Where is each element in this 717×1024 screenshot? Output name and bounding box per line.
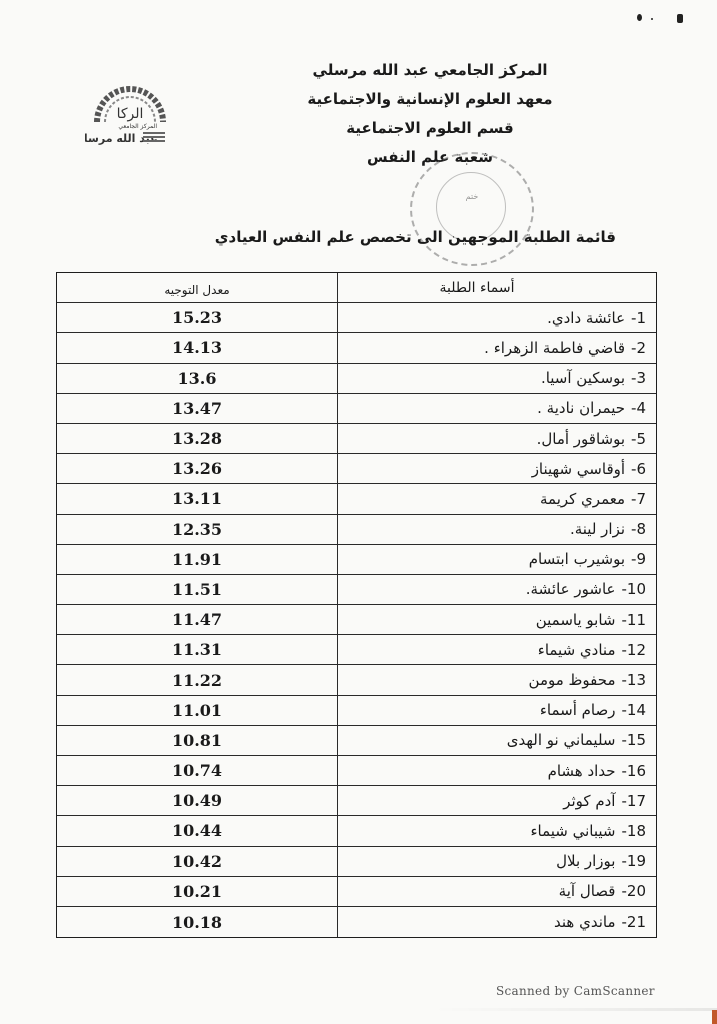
name-cell: 17-آدم كوثر: [337, 786, 656, 815]
grade-cell: 11.51: [57, 575, 337, 604]
student-name: شيباني شيماء: [530, 822, 615, 840]
row-number: 17-: [621, 792, 646, 810]
table-row: 11.01 14-رصام أسماء: [57, 696, 656, 726]
student-name: أوقاسي شهيناز: [532, 460, 625, 478]
table-row: 10.81 15-سليماني نو الهدى: [57, 726, 656, 756]
scanned-page: ﺍﻟﺮﻛﺎ المركز الجامعي عبد الله مرسلي المر…: [0, 0, 717, 1024]
svg-text:المركز الجامعي: المركز الجامعي: [118, 123, 157, 130]
student-name: آدم كوثر: [563, 792, 615, 810]
table-row: 12.35 8-نزار لينة.: [57, 515, 656, 545]
grade-cell: 10.18: [57, 907, 337, 937]
name-cell: 1-عائشة دادي.: [337, 303, 656, 332]
name-cell: 18-شيباني شيماء: [337, 816, 656, 845]
grade-cell: 13.47: [57, 394, 337, 423]
official-stamp-icon: ختم: [410, 152, 534, 266]
grade-cell: 13.26: [57, 454, 337, 483]
name-cell: 12-منادي شيماء: [337, 635, 656, 664]
header-line-institute: معهد العلوم الإنسانية والاجتماعية: [290, 85, 570, 114]
table-row: 13.26 6-أوقاسي شهيناز: [57, 454, 656, 484]
table-row: 13.11 7-معمري كريمة: [57, 484, 656, 514]
table-row: 14.13 2-قاضي فاطمة الزهراء .: [57, 333, 656, 363]
grade-cell: 15.23: [57, 303, 337, 332]
students-table: معدل التوجيه أسماء الطلبة 15.23 1-عائشة …: [56, 272, 657, 938]
table-row: 11.91 9-بوشيرب ابتسام: [57, 545, 656, 575]
name-cell: 2-قاضي فاطمة الزهراء .: [337, 333, 656, 362]
row-number: 6-: [631, 460, 646, 478]
table-row: 10.49 17-آدم كوثر: [57, 786, 656, 816]
row-number: 13-: [621, 671, 646, 689]
grade-cell: 10.49: [57, 786, 337, 815]
name-cell: 20-قصال آية: [337, 877, 656, 906]
table-row: 13.47 4-حيمران نادية .: [57, 394, 656, 424]
name-cell: 15-سليماني نو الهدى: [337, 726, 656, 755]
student-name: بوسكين آسيا.: [541, 369, 625, 387]
name-cell: 7-معمري كريمة: [337, 484, 656, 513]
speck: [677, 14, 683, 23]
student-name: قاضي فاطمة الزهراء .: [484, 339, 625, 357]
name-cell: 4-حيمران نادية .: [337, 394, 656, 423]
grade-cell: 10.44: [57, 816, 337, 845]
row-number: 16-: [621, 762, 646, 780]
grade-cell: 14.13: [57, 333, 337, 362]
student-name: حيمران نادية .: [537, 399, 625, 417]
grade-cell: 10.74: [57, 756, 337, 785]
student-name: بوشيرب ابتسام: [529, 550, 625, 568]
row-number: 9-: [631, 550, 646, 568]
name-cell: 5-بوشاقور أمال.: [337, 424, 656, 453]
row-number: 20-: [621, 882, 646, 900]
student-name: رصام أسماء: [540, 701, 616, 719]
student-name: حداد هشام: [548, 762, 616, 780]
grade-cell: 11.01: [57, 696, 337, 725]
student-name: شابو ياسمين: [536, 611, 616, 629]
speck: [637, 14, 642, 21]
name-cell: 3-بوسكين آسيا.: [337, 364, 656, 393]
table-row: 11.31 12-منادي شيماء: [57, 635, 656, 665]
grade-cell: 12.35: [57, 515, 337, 544]
table-row: 15.23 1-عائشة دادي.: [57, 303, 656, 333]
speck: [651, 18, 653, 20]
grade-cell: 11.47: [57, 605, 337, 634]
name-cell: 19-بوزار بلال: [337, 847, 656, 876]
table-row: 10.74 16-حداد هشام: [57, 756, 656, 786]
row-number: 7-: [631, 490, 646, 508]
column-header-grade: معدل التوجيه: [57, 273, 337, 302]
grade-cell: 10.42: [57, 847, 337, 876]
table-row: 10.44 18-شيباني شيماء: [57, 816, 656, 846]
name-cell: 11-شابو ياسمين: [337, 605, 656, 634]
svg-text:ﺍﻟﺮﻛﺎ: ﺍﻟﺮﻛﺎ: [117, 106, 144, 122]
table-row: 13.6 3-بوسكين آسيا.: [57, 364, 656, 394]
page-edge-shadow: [430, 1008, 717, 1011]
grade-cell: 11.31: [57, 635, 337, 664]
row-number: 12-: [621, 641, 646, 659]
table-header-row: معدل التوجيه أسماء الطلبة: [57, 273, 656, 303]
student-name: ماندي هند: [554, 913, 615, 931]
row-number: 11-: [621, 611, 646, 629]
student-name: قصال آية: [559, 882, 616, 900]
table-row: 11.51 10-عاشور عائشة.: [57, 575, 656, 605]
name-cell: 14-رصام أسماء: [337, 696, 656, 725]
row-number: 18-: [621, 822, 646, 840]
header-line-center: المركز الجامعي عبد الله مرسلي: [290, 56, 570, 85]
student-name: عاشور عائشة.: [526, 580, 616, 598]
student-name: محفوظ مومن: [529, 671, 616, 689]
column-header-names: أسماء الطلبة: [337, 273, 656, 302]
header-line-department: قسم العلوم الاجتماعية: [290, 114, 570, 143]
grade-cell: 13.28: [57, 424, 337, 453]
row-number: 3-: [631, 369, 646, 387]
student-name: عائشة دادي.: [547, 309, 625, 327]
grade-cell: 13.11: [57, 484, 337, 513]
student-name: بوشاقور أمال.: [537, 430, 625, 448]
row-number: 15-: [621, 731, 646, 749]
table-row: 11.22 13-محفوظ مومن: [57, 665, 656, 695]
grade-cell: 13.6: [57, 364, 337, 393]
row-number: 2-: [631, 339, 646, 357]
row-number: 14-: [621, 701, 646, 719]
student-name: سليماني نو الهدى: [507, 731, 616, 749]
row-number: 5-: [631, 430, 646, 448]
row-number: 1-: [631, 309, 646, 327]
row-number: 4-: [631, 399, 646, 417]
student-name: معمري كريمة: [540, 490, 625, 508]
row-number: 8-: [631, 520, 646, 538]
row-number: 19-: [621, 852, 646, 870]
name-cell: 10-عاشور عائشة.: [337, 575, 656, 604]
table-row: 11.47 11-شابو ياسمين: [57, 605, 656, 635]
student-name: منادي شيماء: [538, 641, 616, 659]
university-logo-icon: ﺍﻟﺮﻛﺎ المركز الجامعي عبد الله مرسلي: [85, 78, 175, 150]
grade-cell: 11.22: [57, 665, 337, 694]
scan-specks: [635, 8, 695, 28]
table-row: 10.42 19-بوزار بلال: [57, 847, 656, 877]
scanner-watermark: Scanned by CamScanner: [496, 984, 655, 998]
list-title: قائمة الطلبة الموجهين الى تخصص علم النفس…: [176, 228, 616, 246]
stamp-text: ختم: [412, 192, 532, 201]
student-name: بوزار بلال: [556, 852, 615, 870]
name-cell: 21-ماندي هند: [337, 907, 656, 937]
table-row: 10.18 21-ماندي هند: [57, 907, 656, 937]
grade-cell: 10.21: [57, 877, 337, 906]
name-cell: 6-أوقاسي شهيناز: [337, 454, 656, 483]
grade-cell: 11.91: [57, 545, 337, 574]
grade-cell: 10.81: [57, 726, 337, 755]
row-number: 21-: [621, 913, 646, 931]
name-cell: 8-نزار لينة.: [337, 515, 656, 544]
name-cell: 13-محفوظ مومن: [337, 665, 656, 694]
student-name: نزار لينة.: [570, 520, 625, 538]
name-cell: 9-بوشيرب ابتسام: [337, 545, 656, 574]
institution-header: المركز الجامعي عبد الله مرسلي معهد العلو…: [290, 56, 570, 172]
name-cell: 16-حداد هشام: [337, 756, 656, 785]
table-row: 10.21 20-قصال آية: [57, 877, 656, 907]
row-number: 10-: [621, 580, 646, 598]
table-row: 13.28 5-بوشاقور أمال.: [57, 424, 656, 454]
page-edge-mark: [712, 1010, 717, 1024]
